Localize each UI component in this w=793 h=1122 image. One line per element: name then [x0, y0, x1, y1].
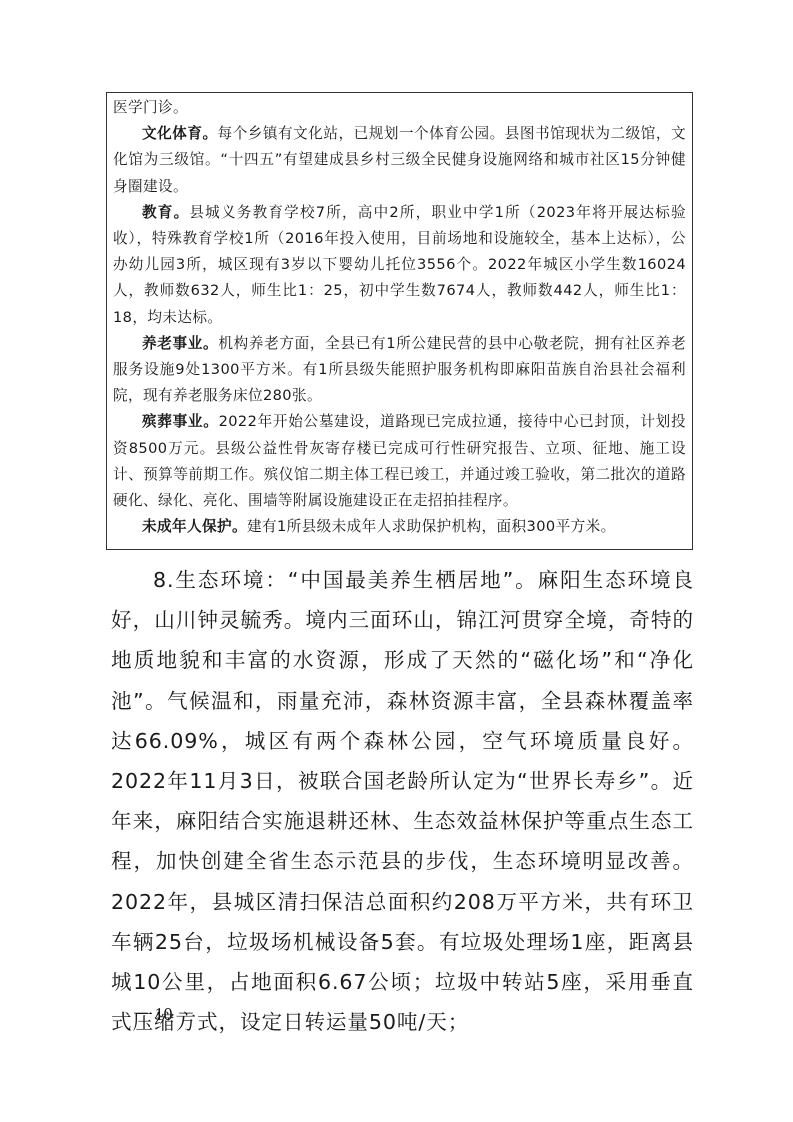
- ecology-paragraph: 8.生态环境：“中国最美养生栖居地”。麻阳生态环境良好，山川钟灵毓秀。境内三面环…: [111, 560, 694, 1042]
- info-box: 医学门诊。 文化体育。每个乡镇有文化站，已规划一个体育公园。县图书馆现状为二级馆…: [106, 92, 693, 550]
- section-education: 教育。县城义务教育学校7所，高中2所，职业中学1所（2023年将开展达标验收），…: [113, 200, 686, 331]
- section-heading: 文化体育。: [142, 125, 218, 142]
- section-heading: 养老事业。: [142, 335, 218, 352]
- section-text: 县城义务教育学校7所，高中2所，职业中学1所（2023年将开展达标验收），特殊教…: [113, 204, 686, 326]
- section-culture-sports: 文化体育。每个乡镇有文化站，已规划一个体育公园。县图书馆现状为二级馆，文化馆为三…: [113, 121, 686, 200]
- section-minor-protection: 未成年人保护。建有1所县级未成年人求助保护机构，面积300平方米。: [113, 514, 686, 540]
- section-heading: 未成年人保护。: [142, 518, 247, 535]
- section-funeral: 殡葬事业。2022年开始公墓建设，道路现已完成拉通，接待中心已封顶，计划投资85…: [113, 409, 686, 514]
- box-continuation: 医学门诊。: [113, 95, 686, 121]
- body-section: 8.生态环境：“中国最美养生栖居地”。麻阳生态环境良好，山川钟灵毓秀。境内三面环…: [111, 560, 694, 1042]
- section-text: 建有1所县级未成年人求助保护机构，面积300平方米。: [247, 518, 616, 535]
- section-heading: 殡葬事业。: [142, 413, 219, 430]
- section-elderly-care: 养老事业。机构养老方面，全县已有1所公建民营的县中心敬老院，拥有社区养老服务设施…: [113, 331, 686, 410]
- page-number: － 10 －: [132, 1000, 195, 1026]
- section-heading: 教育。: [142, 204, 189, 221]
